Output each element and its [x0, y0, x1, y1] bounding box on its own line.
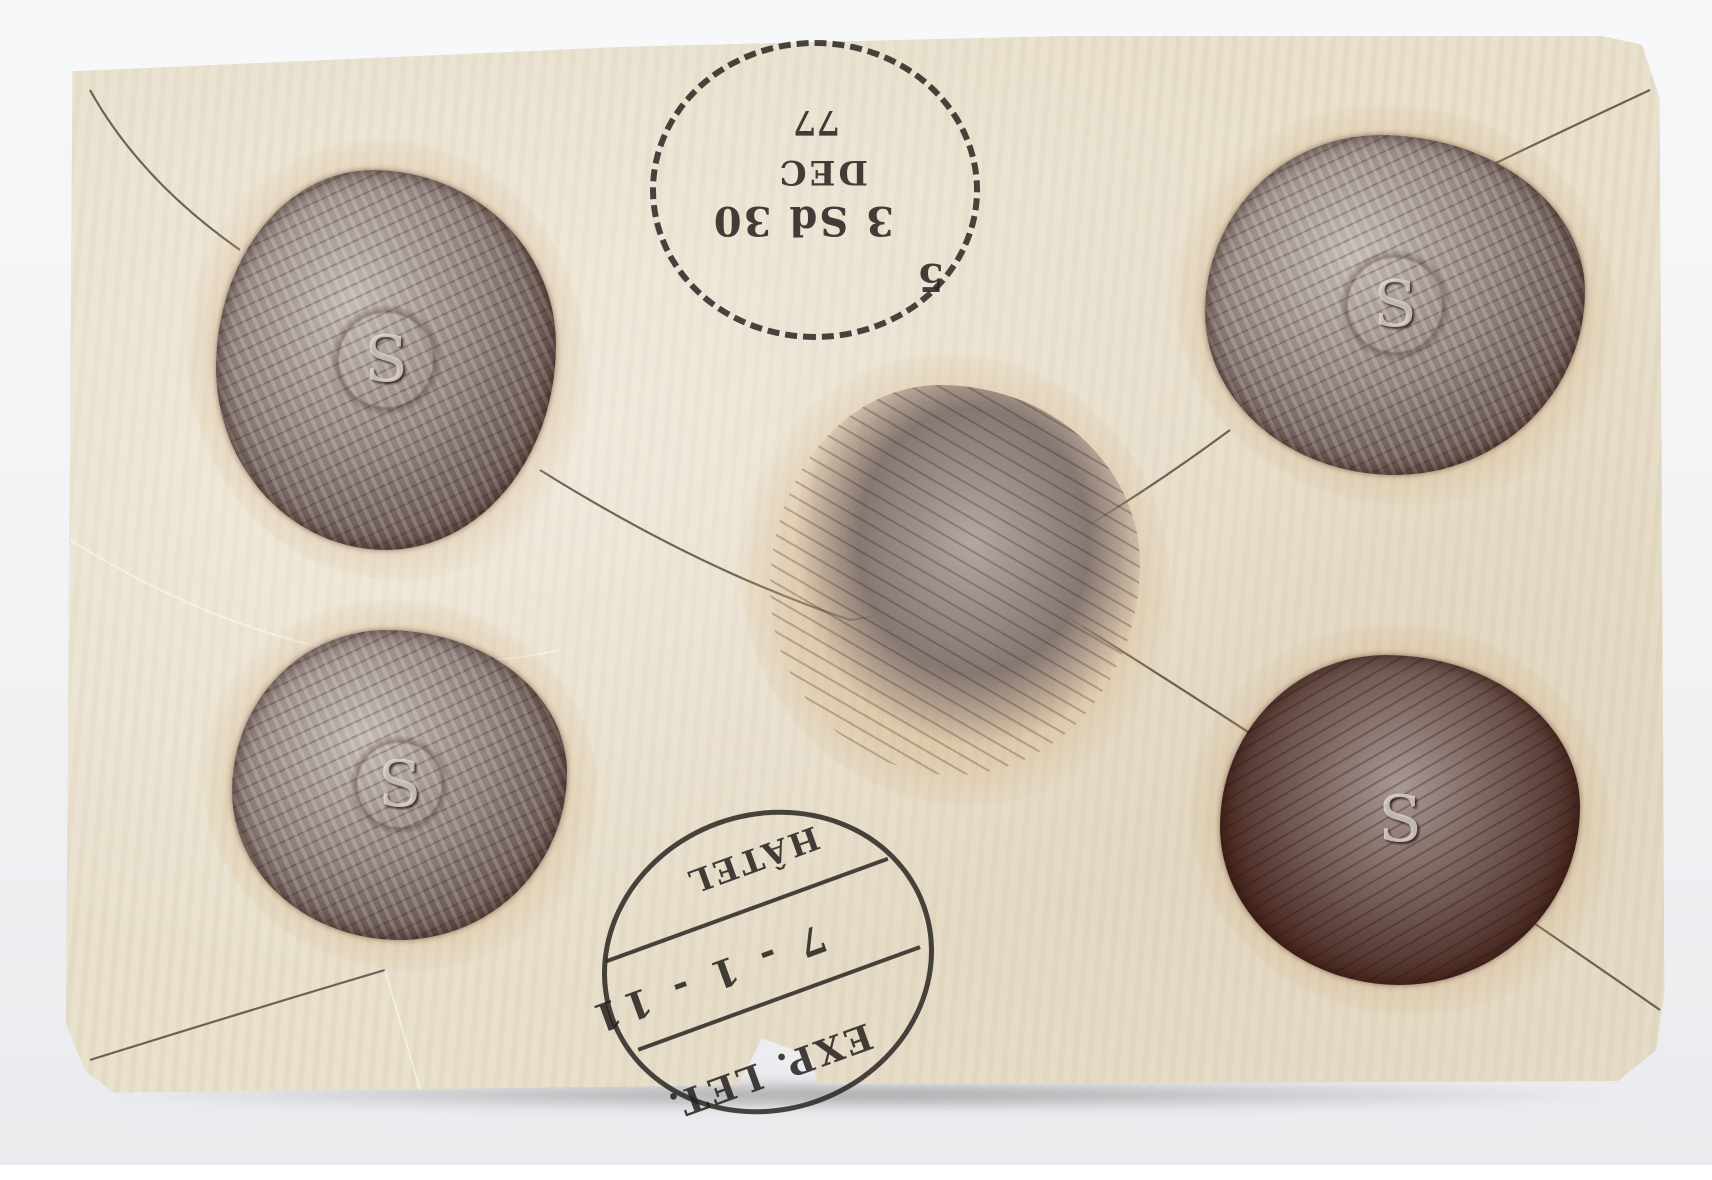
photograph: S S S S 5 3 Sd 30 DEC 77 EXP. LET. 7 - 1…	[0, 0, 1712, 1180]
wax-seal-top-left: S	[216, 170, 556, 550]
wax-seal-center	[770, 385, 1140, 775]
wax-seal-top-right: S	[1205, 135, 1585, 475]
postmark-year: 77	[793, 102, 840, 142]
seal-monogram: S	[1373, 268, 1417, 342]
postmark-top: 5 3 Sd 30 DEC 77	[650, 40, 980, 340]
seal-monogram: S	[364, 323, 408, 397]
postmark-time: 3 Sd 30	[712, 197, 894, 244]
postmark-corner-digit: 5	[918, 255, 944, 300]
seal-monogram: S	[1378, 783, 1422, 857]
frame-edge	[0, 1165, 1712, 1180]
seal-monogram: S	[378, 748, 422, 822]
wax-seal-bottom-left: S	[232, 630, 567, 940]
wax-seal-bottom-right: S	[1220, 655, 1580, 985]
postmark-month: DEC	[777, 152, 868, 192]
